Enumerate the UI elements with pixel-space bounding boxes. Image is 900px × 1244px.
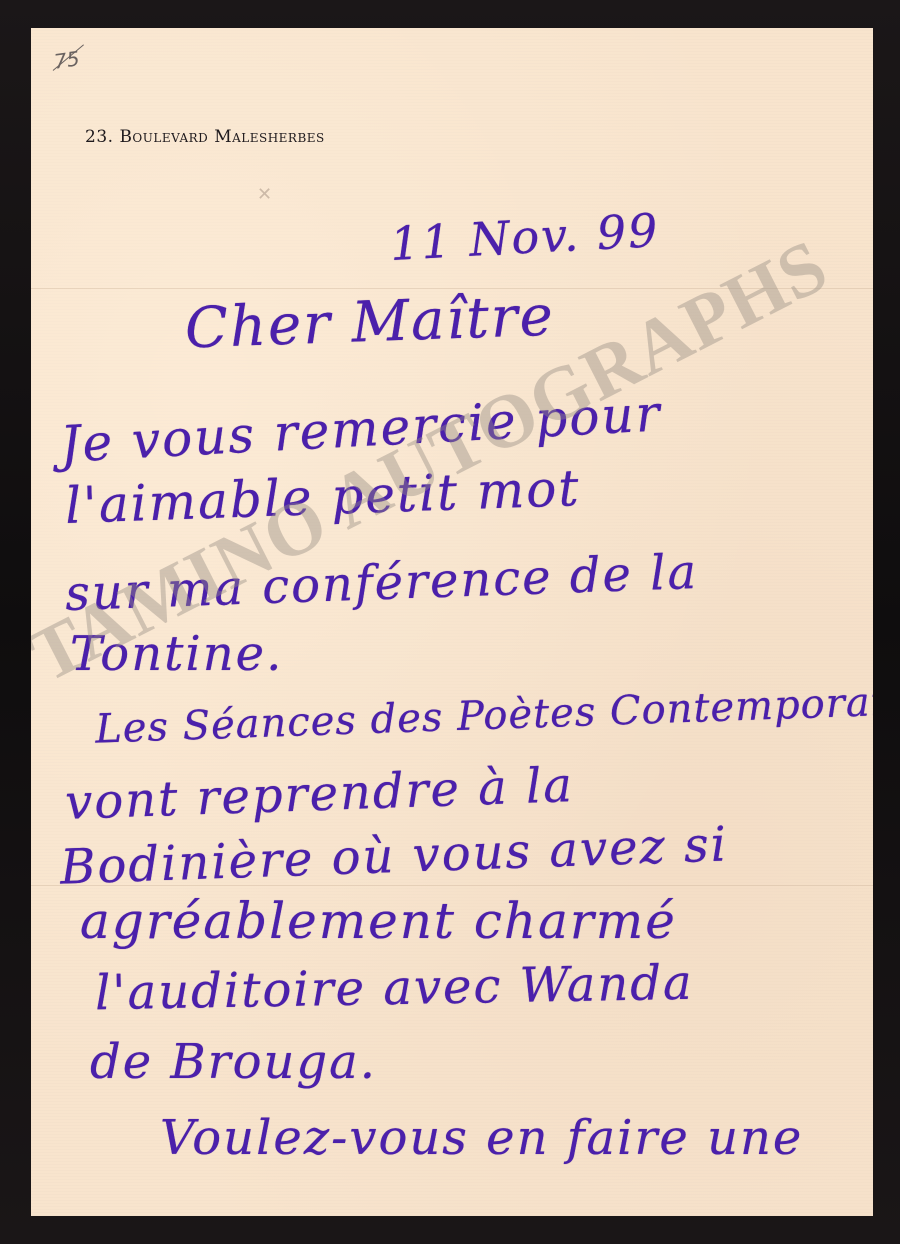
letter-line: sur ma conférence de la <box>64 544 699 622</box>
letter-salutation: Cher Maître <box>184 284 556 362</box>
letter-date: 11 Nov. 99 <box>389 203 661 271</box>
letter-line: de Brouga. <box>90 1034 377 1090</box>
pencil-cross-mark: ✕ <box>257 184 272 205</box>
letter-line: l'aimable petit mot <box>64 459 581 535</box>
letter-line: agréablement charmé <box>80 892 677 950</box>
letter-line: Les Séances des Poètes Contemporains <box>94 677 873 752</box>
letterhead-address: 23. Boulevard Malesherbes <box>85 127 325 147</box>
letter-line: vont reprendre à la <box>64 757 575 831</box>
letter-paper: 75 23. Boulevard Malesherbes ✕ 11 Nov. 9… <box>31 28 873 1216</box>
letter-line: l'auditoire avec Wanda <box>95 955 695 1021</box>
letter-line: Voulez-vous en faire une <box>160 1110 803 1166</box>
letter-line: Bodinière où vous avez si <box>59 816 729 895</box>
letter-line: Tontine. <box>70 626 283 682</box>
